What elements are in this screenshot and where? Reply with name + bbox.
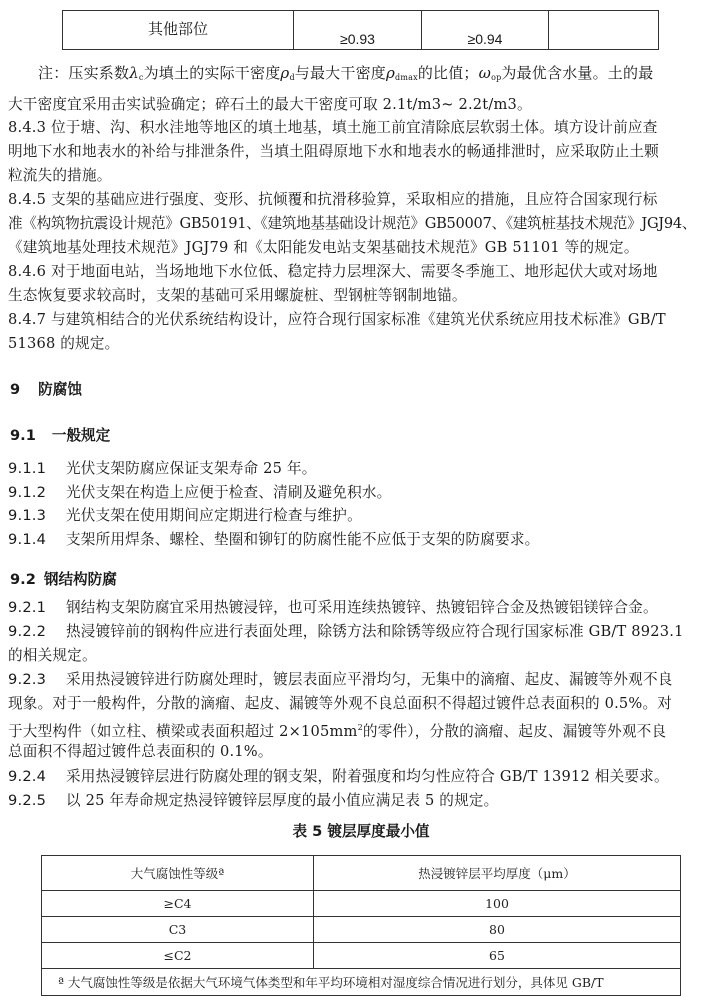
table-footnote-row: ª 大气腐蚀性等级是依据大气环境气体类型和年平均环境相对湿度综合情况进行划分，具… (42, 969, 681, 996)
clause-item: 9.1.1光伏支架防腐应保证支架寿命 25 年。 (8, 459, 716, 479)
table-header-row: 大气腐蚀性等级ª 热浸镀锌层平均厚度（μm） (42, 856, 681, 891)
table-row: ≥C4 100 (42, 891, 681, 917)
table-row: C3 80 (42, 917, 681, 943)
clause-text: 光伏支架防腐应保证支架寿命 25 年。 (66, 460, 317, 477)
paragraph-line: 8.4.5 支架的基础应进行强度、变形、抗倾覆和抗滑移验算，采取相应的措施，且应… (8, 190, 716, 210)
section-title: 防腐蚀 (38, 381, 82, 398)
subsection-heading-9-1: 9.1一般规定 (10, 424, 110, 445)
clause-text: 光伏支架在使用期间应定期进行检查与维护。 (66, 507, 362, 524)
table-row: ≤C2 65 (42, 943, 681, 969)
clause-item: 9.1.3光伏支架在使用期间应定期进行检查与维护。 (8, 506, 716, 526)
clause-continuation: 于大型构件（如立柱、横梁或表面积超过 2×105mm2的零件），分散的滴瘤、起皮… (8, 718, 716, 742)
paragraph-line: 准《构筑物抗震设计规范》GB50191、《建筑地基基础设计规范》GB50007、… (8, 214, 716, 234)
clause-number: 9.2.4 (8, 767, 66, 787)
rho-max-subscript: dmax (395, 73, 418, 82)
subsection-title: 钢结构防腐 (44, 571, 117, 588)
table-row: 其他部位 ≥0.93 ≥0.94 (63, 11, 659, 50)
clause-continuation: 现象。对于一般构件，分散的滴瘤、起皮、漏镀等外观不良总面积不得超过镀件总表面积的… (8, 694, 716, 714)
paragraph-line: 8.4.6 对于地面电站，当场地地下水位低、稳定持力层埋深大、需要冬季施工、地形… (8, 262, 716, 282)
clause-item: 9.2.1钢结构支架防腐宜采用热镀浸锌，也可采用连续热镀锌、热镀铝锌合金及热镀铝… (8, 598, 716, 618)
clause-text: 于大型构件（如立柱、横梁或表面积超过 2×105mm (8, 723, 358, 740)
table-cell-value: ≥0.93 (294, 11, 422, 50)
section-number: 9 (10, 381, 20, 398)
paragraph-line: 8.4.3 位于塘、沟、积水洼地等地区的填土地基，填土施工前宜清除底层软弱土体。… (8, 118, 716, 138)
clause-text: 钢结构支架防腐宜采用热镀浸锌，也可采用连续热镀锌、热镀铝锌合金及热镀铝镁锌合金。 (66, 599, 658, 616)
column-header: 大气腐蚀性等级ª (42, 856, 314, 891)
table-cell: ≤C2 (42, 943, 314, 969)
table-note-line-2: 大干密度宜采用击实试验确定；碎石土的最大干密度可取 2.1t/m3~ 2.2t/… (8, 95, 716, 115)
clause-text: 采用热浸镀锌进行防腐处理时，镀层表面应平滑均匀，无集中的滴瘤、起皮、漏镀等外观不… (66, 671, 673, 688)
subsection-number: 9.1 (10, 427, 36, 444)
clause-item: 9.2.3采用热浸镀锌进行防腐处理时，镀层表面应平滑均匀，无集中的滴瘤、起皮、漏… (8, 670, 716, 690)
table-cell: ≥C4 (42, 891, 314, 917)
note-text: 的比值； (418, 64, 479, 82)
table-note-line-1: 注：压实系数λc为填土的实际干密度ρd与最大干密度ρdmax的比值；ωop为最优… (38, 63, 722, 88)
clause-number: 9.2.3 (8, 670, 66, 690)
clause-item: 9.1.2光伏支架在构造上应便于检查、清刷及避免积水。 (8, 483, 716, 503)
paragraph-line: 《建筑地基处理技术规范》JGJ79 和《太阳能发电站支架基础技术规范》GB 51… (8, 238, 716, 258)
table-cell: 80 (314, 917, 681, 943)
clause-number: 9.2.1 (8, 598, 66, 618)
table-cell: 100 (314, 891, 681, 917)
clause-continuation: 总面积不得超过镀件总表面积的 0.1%。 (8, 742, 716, 762)
clause-item: 9.2.4采用热浸镀锌层进行防腐处理的钢支架，附着强度和均匀性应符合 GB/T … (8, 767, 716, 787)
table-footnote: ª 大气腐蚀性等级是依据大气环境气体类型和年平均环境相对湿度综合情况进行划分，具… (42, 969, 681, 996)
table-cell: 65 (314, 943, 681, 969)
table-cell-value: ≥0.94 (422, 11, 549, 50)
table-title: 表 5 镀层厚度最小值 (0, 820, 722, 841)
note-text: 与最大干密度 (295, 64, 386, 82)
clause-number: 9.2.5 (8, 791, 66, 811)
paragraph-line: 8.4.7 与建筑相结合的光伏系统结构设计，应符合现行国家标准《建筑光伏系统应用… (8, 310, 716, 330)
clause-text: 光伏支架在构造上应便于检查、清刷及避免积水。 (66, 484, 391, 501)
clause-number: 9.1.1 (8, 459, 66, 479)
table-cell: C3 (42, 917, 314, 943)
clause-item: 9.2.5以 25 年寿命规定热浸锌镀锌层厚度的最小值应满足表 5 的规定。 (8, 791, 716, 811)
clause-text: 的零件），分散的滴瘤、起皮、漏镀等外观不良 (363, 723, 666, 740)
subsection-number: 9.2 (10, 571, 36, 588)
omega-subscript: op (491, 73, 501, 82)
note-text: 为最优含水量。土的最 (501, 64, 653, 82)
clause-item: 9.2.2热浸镀锌前的钢构件应进行表面处理，除锈方法和除锈等级应符合现行国家标准… (8, 622, 716, 642)
subsection-title: 一般规定 (52, 427, 110, 444)
rho-max-symbol: ρ (386, 64, 395, 82)
clause-number: 9.1.2 (8, 483, 66, 503)
subsection-heading-9-2: 9.2钢结构防腐 (10, 568, 117, 589)
table-cell-empty (549, 11, 659, 50)
lambda-symbol: λ (129, 64, 139, 82)
clause-text: 采用热浸镀锌层进行防腐处理的钢支架，附着强度和均匀性应符合 GB/T 13912… (66, 768, 669, 785)
clause-number: 9.1.4 (8, 530, 66, 550)
clause-number: 9.1.3 (8, 506, 66, 526)
clause-text: 热浸镀锌前的钢构件应进行表面处理，除锈方法和除锈等级应符合现行国家标准 GB/T… (66, 623, 684, 640)
clause-item: 9.1.4支架所用焊条、螺栓、垫圈和铆钉的防腐性能不应低于支架的防腐要求。 (8, 530, 716, 550)
clause-continuation: 的相关规定。 (8, 646, 716, 666)
paragraph-line: 粒流失的措施。 (8, 166, 716, 186)
section-heading-9: 9防腐蚀 (10, 378, 82, 399)
table-cell-label: 其他部位 (63, 11, 294, 50)
clause-text: 以 25 年寿命规定热浸锌镀锌层厚度的最小值应满足表 5 的规定。 (66, 792, 498, 809)
column-header: 热浸镀锌层平均厚度（μm） (314, 856, 681, 891)
omega-symbol: ω (479, 64, 491, 82)
note-text: 注：压实系数 (38, 64, 129, 82)
compaction-table: 其他部位 ≥0.93 ≥0.94 (62, 10, 659, 50)
clause-text: 支架所用焊条、螺栓、垫圈和铆钉的防腐性能不应低于支架的防腐要求。 (66, 531, 539, 548)
paragraph-line: 生态恢复要求较高时，支架的基础可采用螺旋桩、型钢桩等钢制地锚。 (8, 286, 716, 306)
note-text: 为填土的实际干密度 (144, 64, 281, 82)
paragraph-line: 明地下水和地表水的补给与排泄条件，当填土阻碍原地下水和地表水的畅通排泄时，应采取… (8, 142, 716, 162)
paragraph-line: 51368 的规定。 (8, 334, 716, 354)
coating-thickness-table: 大气腐蚀性等级ª 热浸镀锌层平均厚度（μm） ≥C4 100 C3 80 ≤C2… (41, 855, 681, 996)
clause-number: 9.2.2 (8, 622, 66, 642)
